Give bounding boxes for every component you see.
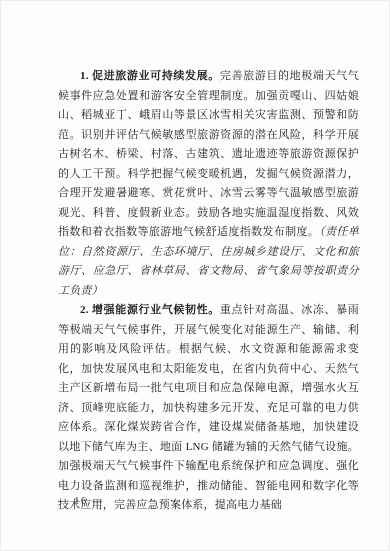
document-page: 1. 促进旅游业可持续发展。完善旅游目的地极端天气气候事件应急处置和游客安全管理… [0, 0, 390, 551]
paragraph-2-heading: 2. 增强能源行业气候韧性。 [80, 304, 220, 316]
paragraph-2: 2. 增强能源行业气候韧性。重点针对高温、冰冻、暴雨等极端天气气候事件，开展气候… [58, 301, 359, 516]
paragraph-1: 1. 促进旅游业可持续发展。完善旅游目的地极端天气气候事件应急处置和游客安全管理… [58, 67, 359, 301]
paragraph-1-body: 完善旅游目的地极端天气气候事件应急处置和游客安全管理制度。加强贡嘎山、四姑娘山、… [58, 70, 359, 238]
page-number: — 16 — [58, 496, 104, 507]
document-text-block: 1. 促进旅游业可持续发展。完善旅游目的地极端天气气候事件应急处置和游客安全管理… [58, 67, 359, 516]
paragraph-1-heading: 1. 促进旅游业可持续发展。 [80, 70, 220, 82]
paragraph-2-body: 重点针对高温、冰冻、暴雨等极端天气气候事件，开展气候变化对能源生产、输储、利用的… [58, 304, 359, 511]
